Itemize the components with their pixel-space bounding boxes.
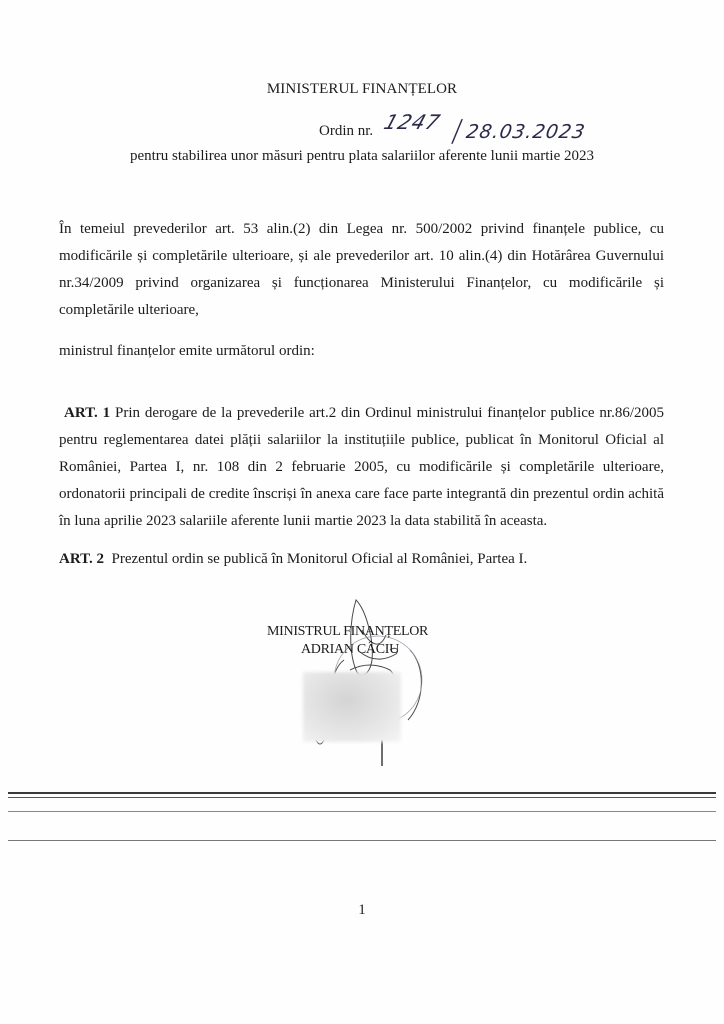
order-date-handwritten: 28.03.2023 [465,121,588,143]
order-label: Ordin nr. [319,123,373,140]
signatory-title: MINISTRUL FINANȚELOR [267,624,428,640]
article-2: ART. 2 Prezentul ordin se publică în Mon… [59,546,664,573]
article-2-text: Prezentul ordin se publică în Monitorul … [112,551,528,567]
page-number: 1 [0,902,724,919]
footer-rule [8,792,716,794]
ministry-title: MINISTERUL FINANȚELOR [0,81,724,98]
footer-rule [8,840,716,841]
article-2-label: ART. 2 [59,551,104,567]
order-subtitle: pentru stabilirea unor măsuri pentru pla… [0,148,724,165]
order-number-line: Ordin nr. 1247 / 28.03.2023 [319,108,586,143]
signatory-name: ADRIAN CÂCIU [301,642,399,658]
article-1: ART. 1 Prin derogare de la prevederile a… [59,400,664,535]
article-1-text: Prin derogare de la prevederile art.2 di… [59,405,664,529]
document-page: MINISTERUL FINANȚELOR Ordin nr. 1247 / 2… [0,0,724,1024]
redacted-signature-area [303,672,401,742]
article-1-label: ART. 1 [64,405,110,421]
preamble-paragraph: În temeiul prevederilor art. 53 alin.(2)… [59,216,664,324]
footer-rule [8,811,716,812]
issuing-statement: ministrul finanțelor emite următorul ord… [59,338,664,365]
footer-rule [8,797,716,798]
order-separator: / [450,114,464,149]
order-number-handwritten: 1247 [381,110,444,134]
